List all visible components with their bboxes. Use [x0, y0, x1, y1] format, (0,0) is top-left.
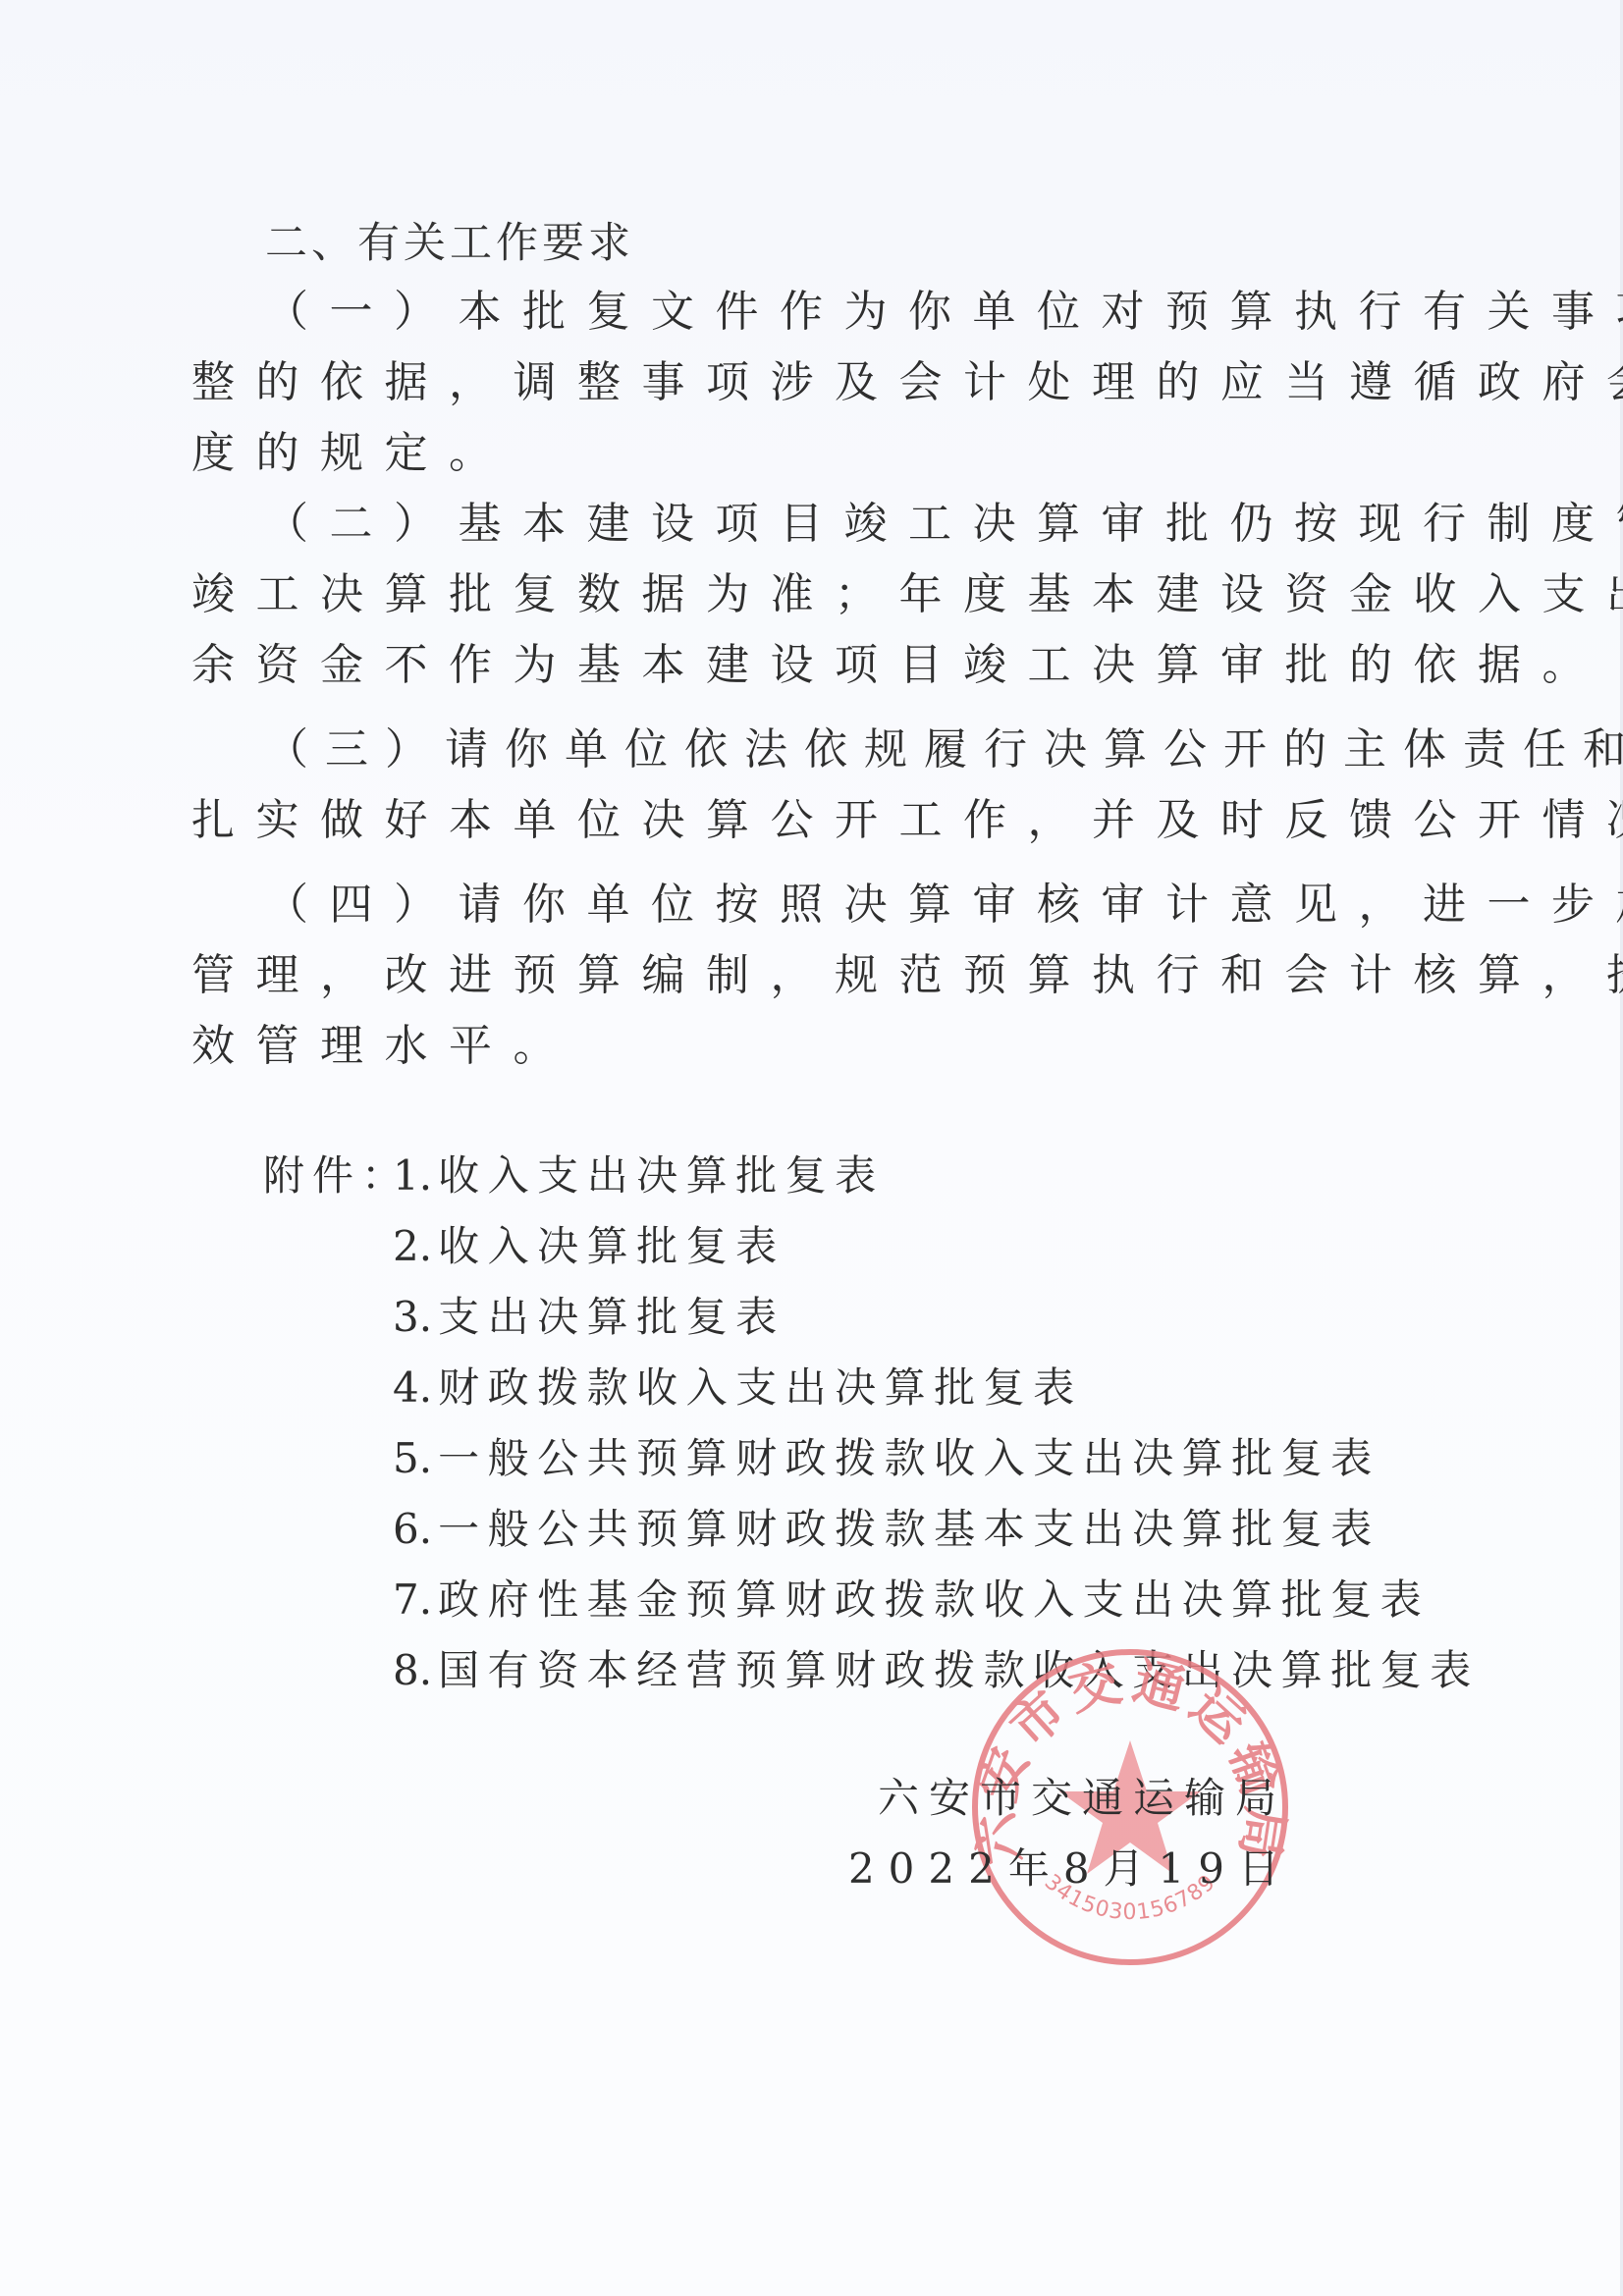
paragraph-1-line-2: 整的依据，调整事项涉及会计处理的应当遵循政府会计准则制: [191, 357, 1360, 408]
attachment-number: 4.: [393, 1363, 432, 1412]
paragraph-2-line-2: 竣工决算批复数据为准；年度基本建设资金收入支出及结转结: [191, 569, 1360, 620]
attachment-item-7: 7.政府性基金预算财政拨款收入支出决算批复表: [393, 1575, 1430, 1626]
attachment-number: 3.: [393, 1293, 432, 1341]
signature-date: 2022年8月19日: [848, 1843, 1293, 1895]
attachment-item-2: 2.收入决算批复表: [393, 1221, 785, 1272]
attachment-title: 国有资本经营预算财政拨款收入支出决算批复表: [438, 1646, 1480, 1694]
attachment-title: 政府性基金预算财政拨款收入支出决算批复表: [438, 1575, 1430, 1624]
attachment-number: 5.: [393, 1434, 432, 1482]
attachment-number: 8.: [393, 1646, 432, 1694]
attachment-item-8: 8.国有资本经营预算财政拨款收入支出决算批复表: [393, 1645, 1480, 1696]
attachment-item-6: 6.一般公共预算财政拨款基本支出决算批复表: [393, 1504, 1380, 1555]
attachment-number: 7.: [393, 1575, 432, 1624]
attachments-label: 附件：: [263, 1150, 410, 1201]
attachment-item-1: 1.收入支出决算批复表: [393, 1150, 885, 1201]
attachment-item-4: 4.财政拨款收入支出决算批复表: [393, 1362, 1083, 1414]
attachment-title: 财政拨款收入支出决算批复表: [438, 1363, 1083, 1412]
attachment-item-5: 5.一般公共预算财政拨款收入支出决算批复表: [393, 1433, 1380, 1484]
attachment-title: 收入决算批复表: [438, 1222, 785, 1270]
paragraph-4-line-1: （四）请你单位按照决算审核审计意见，进一步加强财务: [265, 880, 1434, 931]
paragraph-3-line-2: 扎实做好本单位决算公开工作，并及时反馈公开情况。: [191, 795, 1360, 846]
paragraph-1-line-3: 度的规定。: [191, 428, 1360, 479]
document-page: [0, 0, 1623, 2296]
attachment-number: 1.: [393, 1151, 432, 1200]
attachment-number: 2.: [393, 1222, 432, 1270]
attachment-title: 支出决算批复表: [438, 1293, 785, 1341]
attachment-title: 一般公共预算财政拨款收入支出决算批复表: [438, 1434, 1380, 1482]
paragraph-1-line-1: （一）本批复文件作为你单位对预算执行有关事项进行调: [265, 287, 1434, 338]
attachment-item-3: 3.支出决算批复表: [393, 1292, 785, 1343]
paragraph-4-line-2: 管理，改进预算编制，规范预算执行和会计核算，提高预算绩: [191, 950, 1360, 1001]
attachment-title: 收入支出决算批复表: [438, 1151, 885, 1200]
paragraph-3-line-1: （三）请你单位依法依规履行决算公开的主体责任和义务，: [265, 724, 1434, 775]
paragraph-4-line-3: 效管理水平。: [191, 1021, 1360, 1072]
signature-organization: 六安市交通运输局: [878, 1773, 1286, 1824]
paragraph-2-line-1: （二）基本建设项目竣工决算审批仍按现行制度管理，以: [265, 499, 1434, 550]
paragraph-2-line-3: 余资金不作为基本建设项目竣工决算审批的依据。: [191, 640, 1360, 691]
section-heading: 二、有关工作要求: [265, 218, 1434, 269]
attachment-title: 一般公共预算财政拨款基本支出决算批复表: [438, 1505, 1380, 1553]
attachment-number: 6.: [393, 1505, 432, 1553]
